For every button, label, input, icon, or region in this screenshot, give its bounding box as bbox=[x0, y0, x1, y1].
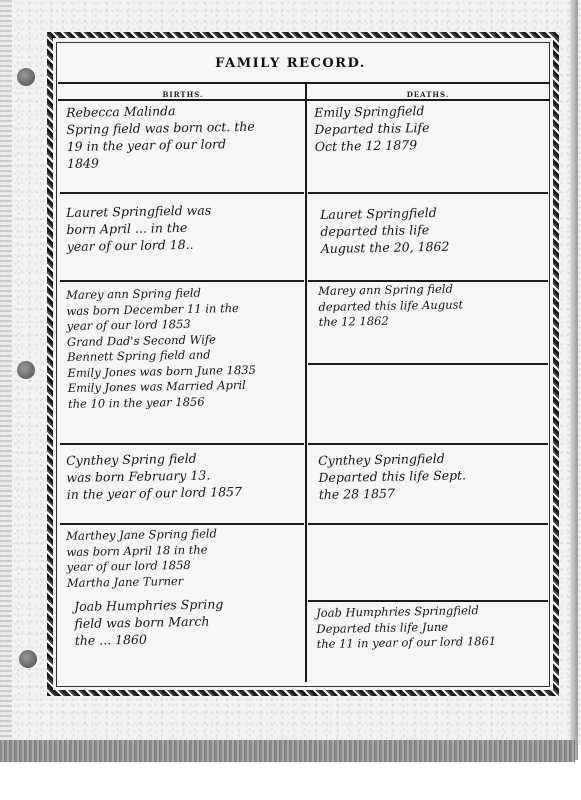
deaths-row-divider bbox=[308, 523, 548, 525]
births-row-divider bbox=[60, 192, 304, 194]
birth-entry: Lauret Springfield was born April ... in… bbox=[66, 201, 212, 255]
death-entry: Joab Humphries Springfield Departed this… bbox=[316, 603, 496, 653]
births-column-header: BIRTHS. bbox=[60, 90, 306, 99]
deaths-row-divider bbox=[308, 600, 548, 602]
births-row-divider bbox=[60, 280, 304, 282]
birth-entry: Marey ann Spring field was born December… bbox=[66, 285, 257, 412]
birth-entry: Cynthey Spring field was born February 1… bbox=[66, 449, 242, 503]
page-title: FAMILY RECORD. bbox=[0, 56, 581, 71]
header-rule-bottom bbox=[58, 99, 550, 101]
death-entry: Marey ann Spring field departed this lif… bbox=[318, 281, 463, 330]
binder-hole-icon bbox=[19, 650, 37, 668]
death-entry: Lauret Springfield departed this life Au… bbox=[320, 204, 450, 257]
scan-edge-bottom bbox=[0, 740, 575, 762]
deaths-row-divider bbox=[308, 443, 548, 445]
deaths-row-divider bbox=[308, 192, 548, 194]
birth-entry: Marthey Jane Spring field was born April… bbox=[66, 526, 218, 591]
birth-entry: Joab Humphries Spring field was born Mar… bbox=[74, 595, 224, 649]
scan-edge-left bbox=[0, 0, 12, 745]
binder-hole-icon bbox=[17, 361, 35, 379]
header-rule-top bbox=[58, 82, 550, 84]
death-entry: Emily Springfield Departed this Life Oct… bbox=[314, 102, 430, 155]
deaths-column-header: DEATHS. bbox=[308, 90, 548, 99]
birth-entry: Rebecca Malinda Spring field was born oc… bbox=[66, 101, 255, 172]
death-entry: Cynthey Springfield Departed this life S… bbox=[318, 449, 467, 503]
births-row-divider bbox=[60, 443, 304, 445]
births-row-divider bbox=[60, 523, 304, 525]
scan-edge-right bbox=[570, 0, 578, 760]
column-divider bbox=[305, 84, 307, 682]
deaths-row-divider bbox=[308, 363, 548, 365]
